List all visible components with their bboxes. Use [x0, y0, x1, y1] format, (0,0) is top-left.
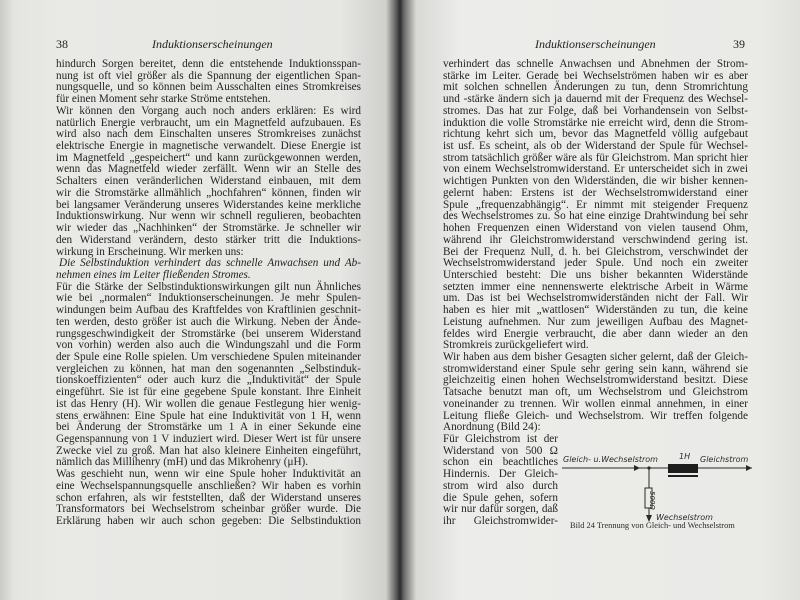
text-line: Wir können den Vorgang auch noch anders … — [56, 106, 361, 118]
figure-caption: Bild 24 Trennung von Gleich- und Wechsel… — [570, 521, 735, 530]
emphasis-line: nehmen eines im Leiter fließenden Strome… — [56, 270, 361, 282]
running-head: Induktionserscheinungen — [535, 37, 656, 52]
text-line: elektrische Energie in magnetische verwa… — [56, 141, 361, 153]
label-inductor: 1H — [679, 452, 690, 461]
left-body-text: hindurch Sorgen bereitet, denn die entst… — [56, 59, 361, 528]
text-line: Leistung aufnehmen. Nur zum jeweiligen A… — [443, 317, 748, 329]
side-text-line: ihr Gleichstromwider- — [443, 516, 558, 528]
right-page: Induktionserscheinungen 39 verhindert da… — [402, 0, 800, 600]
text-line: ist usf. Es scheint, als ob der Widersta… — [443, 141, 748, 153]
text-line: der Spule eine Rolle spielen. Um verschi… — [56, 352, 361, 364]
side-text-line: Für Gleichstrom ist der — [443, 434, 558, 446]
running-head: Induktionserscheinungen — [152, 37, 273, 52]
text-line: Erklärung haben wir auch schon gegeben: … — [56, 516, 361, 528]
text-line: Unterschied besteht: Die uns bisher beka… — [443, 270, 748, 282]
left-page: 38 Induktionserscheinungen hindurch Sorg… — [0, 0, 398, 600]
text-line: eine Wechselspannungsquelle anschließen?… — [56, 481, 361, 493]
page-number: 38 — [56, 37, 68, 52]
page-number: 39 — [733, 37, 745, 52]
text-line: während ihr Gleichstromwiderstand versch… — [443, 235, 748, 247]
label-input-current: Gleich- u.Wechselstrom — [563, 455, 658, 464]
book-spread: 38 Induktionserscheinungen hindurch Sorg… — [0, 0, 800, 600]
text-line: stromes. Das hat zur Folge, daß bei Vorh… — [443, 106, 748, 118]
text-line: gelernt haben: Erstens ist der Wechselst… — [443, 188, 748, 200]
label-dc-output: Gleichstrom — [700, 455, 748, 464]
text-line: wir die Stromstärke allmählich „hochfahr… — [56, 188, 361, 200]
text-line: voneinander zu trennen. Wir wollen einma… — [443, 399, 748, 411]
label-resistor: 500Ω — [648, 491, 656, 510]
text-line: Wir haben aus dem bisher Gesagten sicher… — [443, 352, 748, 364]
side-text-line: strom wird also durch — [443, 481, 558, 493]
text-line: den Widerstand verändern, desto stärker … — [56, 235, 361, 247]
text-line: hindurch Sorgen bereitet, denn die entst… — [56, 59, 361, 71]
text-line: ist das Henry (H). Wir wollen die genaue… — [56, 399, 361, 411]
text-line: Gegenspannung von 1 V induziert wird. Di… — [56, 434, 361, 446]
text-line: ten werden, desto größer ist auch die Wi… — [56, 317, 361, 329]
text-line: verhindert das schnelle Anwachsen und Ab… — [443, 59, 748, 71]
